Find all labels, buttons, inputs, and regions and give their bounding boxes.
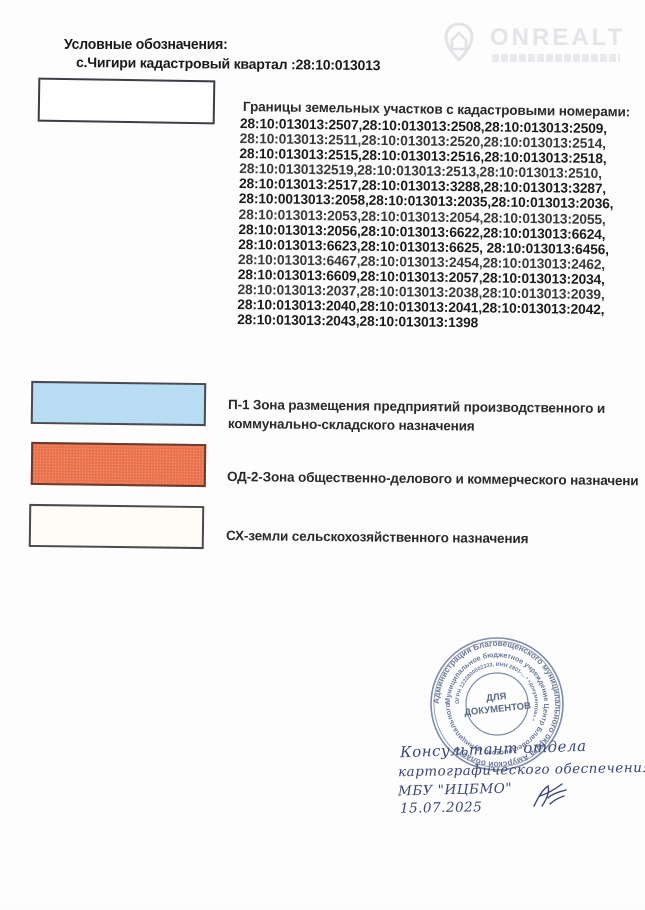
document-page: ONREALT Условные обозначения: с.Чигири к… (0, 0, 645, 899)
signature-scribble-icon (528, 780, 570, 812)
signature-position: Консультант отдела (400, 737, 587, 761)
legend-swatch-p1 (31, 381, 207, 426)
legend-label-od2: ОД-2-Зона общественно-делового и коммерч… (227, 467, 639, 490)
legend-label-line: коммунально-складского назначения (228, 414, 605, 437)
legend-swatch-od2 (31, 442, 207, 487)
legend-label-sx: СХ-земли сельскохозяйственного назначени… (226, 526, 529, 548)
signature-department: картографического обеспечения (398, 760, 645, 780)
legend-swatch-cadastral-boundary (38, 78, 216, 125)
signature-organization: МБУ "ИЦБМО" (398, 781, 512, 800)
watermark-tagline (492, 54, 620, 62)
legend-label-line: ОД-2-Зона общественно-делового и коммерч… (227, 467, 639, 490)
house-pin-icon (444, 22, 474, 62)
page-subtitle: с.Чигири кадастровый квартал :28:10:0130… (76, 54, 380, 73)
cadastral-number-list: 28:10:013013:2507,28:10:013013:2508,28:1… (237, 116, 640, 333)
watermark: ONREALT (442, 22, 632, 66)
page-title: Условные обозначения: (64, 36, 228, 53)
watermark-brand: ONREALT (490, 24, 625, 52)
legend-label-p1: П-1 Зона размещения предприятий производ… (228, 395, 605, 437)
stamp-center-line: ДОКУМЕНТОВ (464, 700, 532, 719)
handwritten-signature-block: Консультант отдела картографического обе… (396, 740, 636, 830)
signature-date: 15.07.2025 (400, 799, 483, 816)
legend-swatch-sx (29, 504, 205, 549)
legend-label-line: СХ-земли сельскохозяйственного назначени… (226, 526, 529, 548)
